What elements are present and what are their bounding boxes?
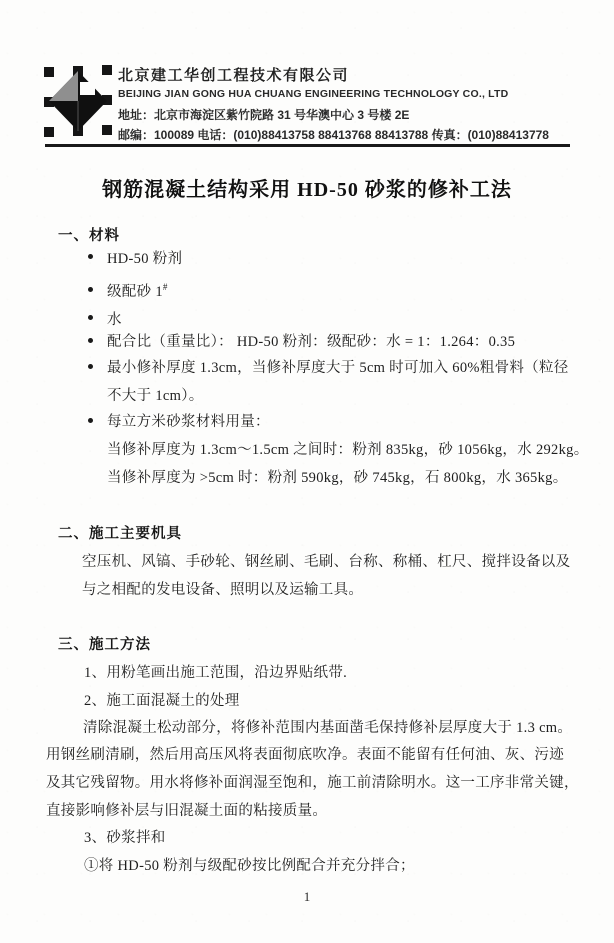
material-item: 水 <box>107 308 122 329</box>
material-item: 最小修补厚度 1.3cm，当修补厚度大于 5cm 时可加入 60%粗骨料（粒径 <box>107 356 569 377</box>
company-contact: 邮编：100089 电话：(010)88413758 88413768 8841… <box>118 126 549 143</box>
material-item-text: 级配砂 1 <box>107 284 163 300</box>
tools-paragraph-line: 空压机、风镐、手砂轮、钢丝刷、毛刷、台称、称桶、杠尺、搅拌设备以及 <box>82 550 570 571</box>
method-step: 3、砂浆拌和 <box>84 826 166 847</box>
section-heading-materials: 一、材料 <box>58 224 120 245</box>
method-step: 2、施工面混凝土的处理 <box>84 689 240 710</box>
company-address: 地址：北京市海淀区紫竹院路 31 号华澳中心 3 号楼 2E <box>118 106 409 123</box>
material-item: 级配砂 1# <box>107 280 168 301</box>
material-item-continuation: 不大于 1cm）。 <box>107 384 204 405</box>
bullet-icon <box>88 287 93 292</box>
header-divider <box>45 144 570 147</box>
bullet-icon <box>88 418 93 423</box>
document-title: 钢筋混凝土结构采用 HD-50 砂浆的修补工法 <box>0 173 614 202</box>
bullet-icon <box>88 338 93 343</box>
method-paragraph-line: 及其它残留物。用水将修补面润湿至饱和，施工前清除明水。这一工序非常关键， <box>46 771 579 792</box>
material-item-continuation: 当修补厚度为 1.3cm～1.5cm 之间时：粉剂 835kg，砂 1056kg… <box>107 438 589 459</box>
material-item: HD-50 粉剂 <box>107 247 182 268</box>
method-substep: ①将 HD-50 粉剂与级配砂按比例配合并充分拌合； <box>84 854 415 875</box>
tools-paragraph-line: 与之相配的发电设备、照明以及运输工具。 <box>82 578 363 599</box>
company-logo-icon <box>44 62 114 142</box>
section-heading-tools: 二、施工主要机具 <box>58 522 182 543</box>
material-item: 每立方米砂浆材料用量： <box>107 410 270 431</box>
method-paragraph-line: 清除混凝土松动部分，将修补范围内基面凿毛保持修补层厚度大于 1.3 cm。 <box>83 716 572 737</box>
section-heading-method: 三、施工方法 <box>58 633 151 654</box>
method-paragraph-line: 用钢丝刷清刷，然后用高压风将表面彻底吹净。表面不能留有任何油、灰、污迹 <box>46 743 564 764</box>
company-name-cn: 北京建工华创工程技术有限公司 <box>118 64 349 85</box>
bullet-icon <box>88 315 93 320</box>
bullet-icon <box>88 364 93 369</box>
material-item-superscript: # <box>163 282 168 292</box>
material-item: 配合比（重量比）： HD-50 粉剂：级配砂：水 = 1：1.264：0.35 <box>107 330 515 351</box>
scanned-page: 北京建工华创工程技术有限公司 BEIJING JIAN GONG HUA CHU… <box>0 0 614 943</box>
method-step: 1、用粉笔画出施工范围，沿边界贴纸带. <box>84 661 347 682</box>
company-name-en: BEIJING JIAN GONG HUA CHUANG ENGINEERING… <box>118 88 508 100</box>
page-number: 1 <box>0 889 614 905</box>
material-item-continuation: 当修补厚度为 >5cm 时：粉剂 590kg，砂 745kg，石 800kg，水… <box>107 466 568 487</box>
bullet-icon <box>88 254 93 259</box>
method-paragraph-line: 直接影响修补层与旧混凝土面的粘接质量。 <box>46 799 327 820</box>
